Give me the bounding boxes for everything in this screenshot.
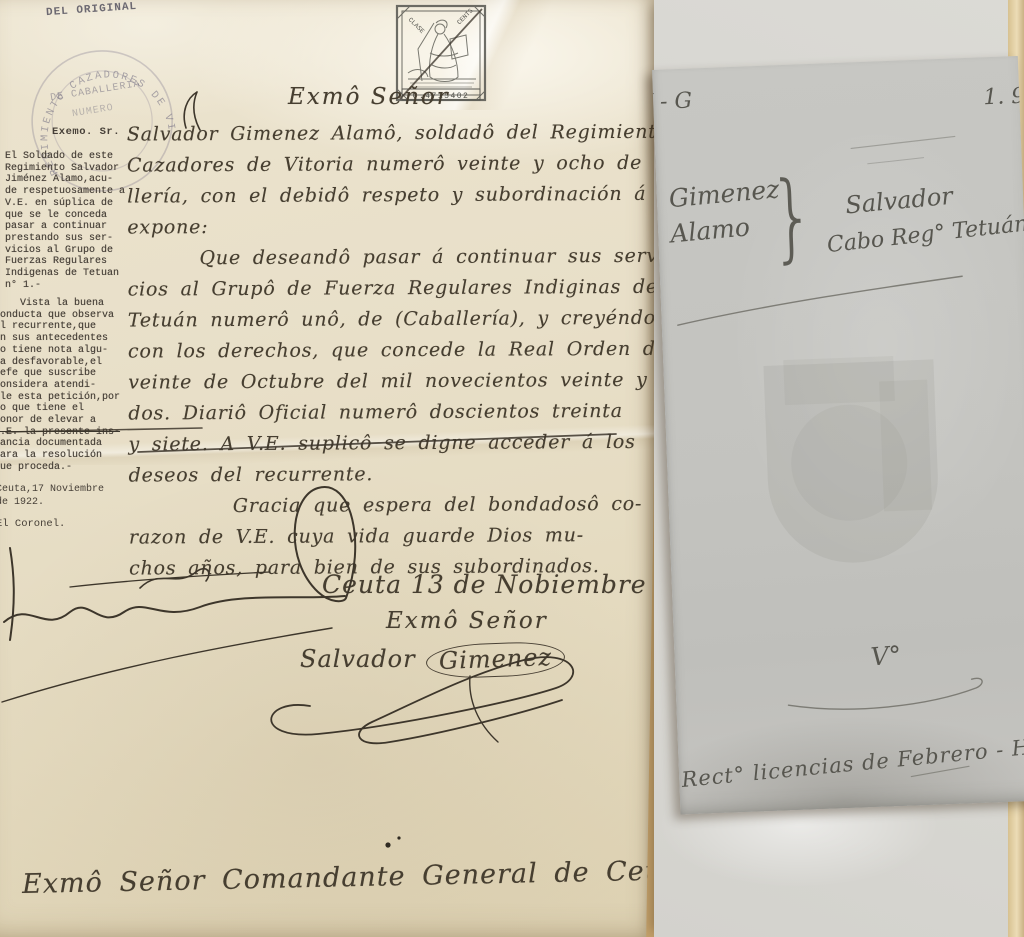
margin-text-line: que se le conceda: [5, 210, 125, 222]
letter-text-line: llería, con el debidô respeto y subordin…: [127, 178, 718, 212]
margin-text-line: prestando sus ser-: [5, 233, 125, 245]
pencil-flourishes: [652, 56, 1024, 815]
vo-approval-mark: V°: [870, 640, 903, 671]
margin-text-line: pasar a continuar: [5, 221, 125, 233]
letter-text-line: expone:: [127, 209, 718, 243]
margin-text-line: honor de elevar a: [0, 415, 120, 427]
ink-dot: [397, 836, 400, 839]
letter-closing: Exmô Señor: [386, 608, 548, 634]
salvador-rubric: [470, 676, 498, 742]
right-page: J - G 1. 9 Gimenez Alamo } Salvador Cabo…: [652, 56, 1024, 815]
margin-text-line: ble esta petición,por: [0, 392, 120, 404]
margin-text-line: lo que tiene el: [0, 403, 120, 415]
margin-salutation: Exemo. Sr.: [52, 126, 120, 138]
margin-text-line: de respetuosamente a: [5, 186, 125, 198]
vo-swoosh: [788, 678, 983, 711]
ink-dot: [385, 842, 390, 847]
letter-addressee: Exmô Señor Comandante General de Ceuta: [22, 855, 693, 900]
margin-paragraph-1: El Soldado de esteRegimiento SalvadorJim…: [5, 151, 125, 291]
signature-line: SalvadorGimenez: [300, 643, 565, 677]
margin-text-line: vicios al Grupo de: [5, 245, 125, 257]
surname-gimenez: Gimenez: [668, 174, 781, 213]
margin-date: Ceuta,17 Noviembre: [0, 484, 104, 495]
margin-text-line: Fuerzas Regulares: [5, 256, 125, 268]
letter-text-line: dos. Diariô Oficial numerô doscientos tr…: [128, 395, 719, 429]
margin-text-line: para la resolución: [0, 450, 120, 462]
margin-text-line: Jefe que suscribe: [0, 368, 120, 380]
margin-text-line: tancia documentada: [0, 438, 120, 450]
letter-text-line: veinte de Octubre del mil novecientos ve…: [128, 364, 719, 398]
faint-underline: [851, 136, 955, 148]
margin-text-line: V.E. la presente ins-: [0, 427, 120, 439]
brace-mark: }: [767, 160, 817, 274]
margin-text-line: na desfavorable,el: [0, 357, 120, 369]
name-flourish-line: [676, 276, 963, 325]
bleedthrough-crest: [763, 354, 941, 565]
margin-text-line: El Soldado de este: [5, 151, 125, 163]
letter-text-line: deseos del recurrente.: [129, 457, 720, 491]
letter-text-line: Cazadores de Vitoria numerô veinte y och…: [127, 147, 718, 181]
colonel-signature: [4, 596, 345, 622]
filing-mark-left: J - G: [652, 88, 693, 115]
colonel-signature: [10, 548, 14, 640]
margin-text-line: considera atendi-: [0, 380, 120, 392]
filing-bottom-note: Rect° licencias de Febrero - H. F: [680, 732, 1024, 792]
svg-text:CLASE: CLASE: [407, 16, 426, 35]
signature-first-name: Salvador: [300, 645, 416, 673]
margin-paragraph-2: Vista la buenaconducta que observael rec…: [0, 298, 120, 474]
margin-signoff: El Coronel.: [0, 518, 65, 530]
margin-text-line: el recurrente,que: [0, 321, 120, 333]
margin-text-line: Vista la buena: [0, 298, 120, 310]
margin-text-line: que proceda.-: [0, 462, 120, 474]
letter-body: Salvador Gimenez Alamô, soldadô del Regi…: [127, 116, 720, 584]
letter-text-line: Tetuán numerô unô, de (Caballería), y cr…: [128, 302, 719, 336]
margin-date: de 1922.: [0, 497, 44, 508]
svg-text:CENTS: CENTS: [456, 7, 475, 26]
filing-mark-right: 1. 9: [983, 84, 1024, 111]
margin-text-line: V.E. en súplica de: [5, 198, 125, 210]
margin-text-line: Indigenas de Tetuan: [5, 268, 125, 280]
margin-text-line: no tiene nota algu-: [0, 345, 120, 357]
letter-text-line: Salvador Gimenez Alamô, soldadô del Regi…: [127, 116, 718, 150]
margin-text-line: en sus antecedentes: [0, 333, 120, 345]
surname-alamo: Alamo: [669, 212, 751, 248]
letter-text-line: con los derechos, que concede la Real Or…: [128, 333, 719, 367]
letter-heading: Exmô Señor: [288, 84, 450, 110]
letter-text-line: y siete. A V.E. suplicô se digne acceder…: [128, 426, 719, 460]
scanned-document: DEL ORIGINAL REGIMIENTO CAZADORES DE VIT…: [0, 0, 1024, 937]
right-side: J - G 1. 9 Gimenez Alamo } Salvador Cabo…: [648, 0, 1024, 937]
letter-text-line: razon de V.E. cuya vida guarde Dios mu-: [129, 519, 720, 553]
margin-text-line: n° 1.-: [5, 280, 125, 292]
signature-last-name: Gimenez: [425, 641, 565, 680]
margin-text-line: Regimiento Salvador: [5, 163, 125, 175]
letter-text-line: cios al Grupô de Fuerza Regulares Indigi…: [128, 271, 719, 305]
colonel-rubric: [2, 628, 332, 702]
letter-text-line: Gracia que espera del bondadosô co-: [129, 488, 720, 522]
letter-text-line: Que deseandô pasar á continuar sus servi…: [127, 240, 718, 274]
margin-text-line: Jiménez Alamo,acu-: [5, 174, 125, 186]
left-page: DEL ORIGINAL REGIMIENTO CAZADORES DE VIT…: [0, 0, 658, 937]
margin-text-line: conducta que observa: [0, 310, 120, 322]
given-name: Salvador: [844, 182, 954, 220]
faint-underline: [868, 158, 924, 164]
